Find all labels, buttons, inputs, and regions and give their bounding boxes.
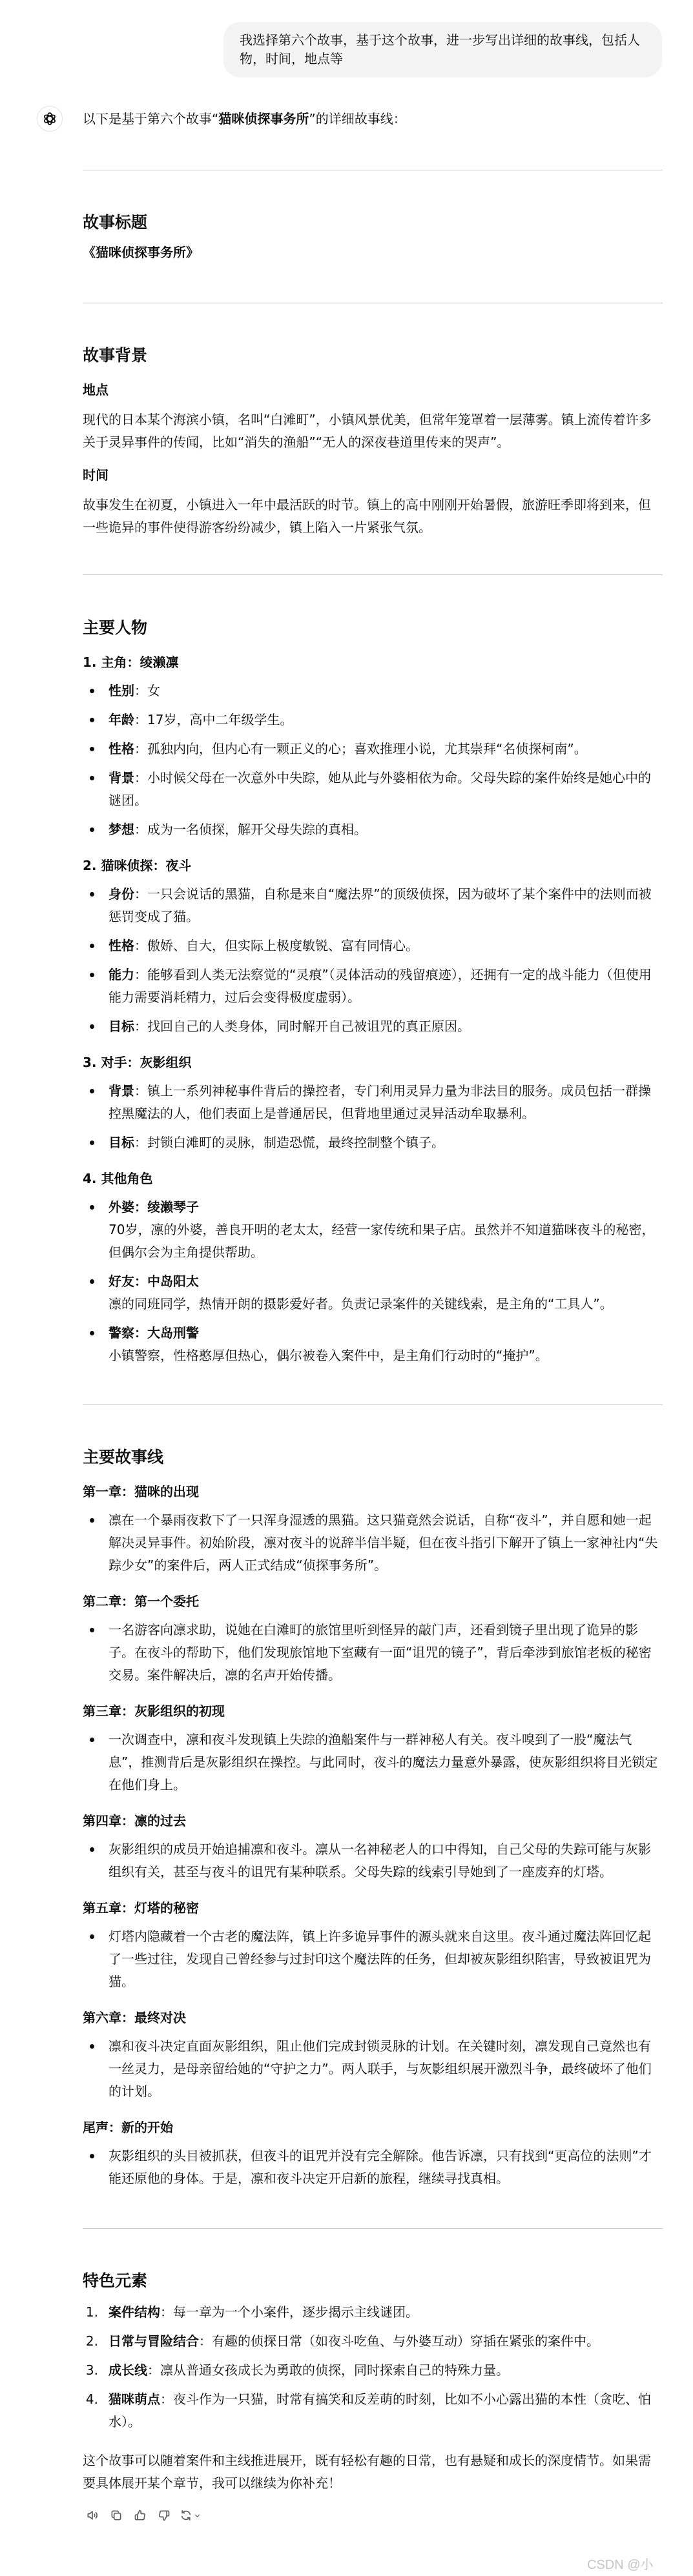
- list-item: 身份：一只会说话的黑猫，自称是来自“魔法界”的顶级侦探，因为破坏了某个案件中的法…: [109, 883, 663, 928]
- intro-suffix: ”的详细故事线：: [309, 111, 406, 127]
- attribute-label: 年龄: [109, 712, 134, 727]
- attribute-label: 性格: [109, 938, 134, 953]
- feature-label: 成长线: [109, 2362, 147, 2378]
- person-description: 凛的同班同学，热情开朗的摄影爱好者。负责记录案件的关键线索，是主角的“工具人”。: [109, 1296, 613, 1312]
- person-description: 小镇警察，性格憨厚但热心，偶尔被卷入案件中，是主角们行动时的“掩护”。: [109, 1348, 548, 1363]
- attribute-label: 梦想: [109, 822, 134, 837]
- section-heading-background: 故事背景: [83, 344, 663, 367]
- feature-text: ：凛从普通女孩成长为勇敢的侦探，同时探索自己的特殊力量。: [147, 2362, 509, 2378]
- chapter-body: 灰影组织的头目被抓获，但夜斗的诅咒并没有完全解除。他告诉凛，只有找到“更高位的法…: [83, 2145, 663, 2190]
- feature-label: 猫咪萌点: [109, 2391, 160, 2407]
- time-label: 时间: [83, 464, 663, 487]
- characters-section: 主要人物 1. 主角：绫濑凛 性别：女 年龄：17岁，高中二年级学生。 性格：孤…: [83, 616, 663, 1367]
- character-rival-title: 3. 对手：灰影组织: [83, 1051, 663, 1074]
- attribute-label: 身份: [109, 886, 134, 902]
- time-text: 故事发生在初夏，小镇进入一年中最活跃的时节。镇上的高中刚刚开始暑假，旅游旺季即将…: [83, 494, 663, 539]
- regenerate-icon: [180, 2509, 192, 2522]
- list-item: 2.日常与冒险结合：有趣的侦探日常（如夜斗吃鱼、与外婆互动）穿插在紧张的案件中。: [109, 2330, 663, 2353]
- person-description: 70岁，凛的外婆，善良开明的老太太，经营一家传统和果子店。虽然并不知道猫咪夜斗的…: [109, 1222, 654, 1260]
- list-item: 性别：女: [109, 680, 663, 702]
- list-item: 警察：大岛刑警小镇警察，性格憨厚但热心，偶尔被卷入案件中，是主角们行动时的“掩护…: [109, 1322, 663, 1367]
- list-item: 4.猫咪萌点：夜斗作为一只猫，时常有搞笑和反差萌的时刻，比如不小心露出猫的本性（…: [109, 2388, 663, 2433]
- title-section: 故事标题 《猫咪侦探事务所》: [83, 211, 663, 265]
- attribute-label: 性格: [109, 741, 134, 756]
- features-list: 1.案件结构：每一章为一个小案件，逐步揭示主线谜团。 2.日常与冒险结合：有趣的…: [83, 2301, 663, 2433]
- chapter-title: 第二章：第一个委托: [83, 1590, 663, 1613]
- list-item: 凛和夜斗决定直面灰影组织，阻止他们完成封锁灵脉的计划。在关键时刻，凛发现自己竟然…: [109, 2035, 663, 2103]
- person-title: 好友：中岛阳太: [109, 1270, 663, 1293]
- list-item: 凛在一个暴雨夜救下了一只浑身湿透的黑猫。这只猫竟然会说话，自称“夜斗”，并自愿和…: [109, 1509, 663, 1577]
- chapter-title: 第五章：灯塔的秘密: [83, 1897, 663, 1920]
- story-title-text: 《猫咪侦探事务所》: [83, 245, 199, 260]
- attribute-text: ：找回自己的人类身体，同时解开自己被诅咒的真正原因。: [134, 1019, 470, 1034]
- list-item: 梦想：成为一名侦探，解开父母失踪的真相。: [109, 818, 663, 841]
- thumbs-down-icon: [158, 2509, 171, 2522]
- cat-detective-attributes: 身份：一只会说话的黑猫，自称是来自“魔法界”的顶级侦探，因为破坏了某个案件中的法…: [83, 883, 663, 1038]
- list-item: 灰影组织的头目被抓获，但夜斗的诅咒并没有完全解除。他告诉凛，只有找到“更高位的法…: [109, 2145, 663, 2190]
- section-heading-storyline: 主要故事线: [83, 1446, 663, 1468]
- message-actions: [80, 2506, 205, 2524]
- intro-story-name: 猫咪侦探事务所: [218, 111, 309, 127]
- list-item: 灯塔内隐藏着一个古老的魔法阵，镇上许多诡异事件的源头就来自这里。夜斗通过魔法阵回…: [109, 1925, 663, 1993]
- good-response-button[interactable]: [128, 2506, 152, 2524]
- user-message-bubble: 我选择第六个故事，基于这个故事，进一步写出详细的故事线，包括人物，时间，地点等: [223, 22, 662, 77]
- feature-text: ：夜斗作为一只猫，时常有搞笑和反差萌的时刻，比如不小心露出猫的本性（贪吃、怕水）…: [109, 2391, 651, 2429]
- list-item: 外婆：绫濑琴子70岁，凛的外婆，善良开明的老太太，经营一家传统和果子店。虽然并不…: [109, 1196, 663, 1264]
- list-item: 一名游客向凛求助，说她在白滩町的旅馆里听到怪异的敲门声，还看到镜子里出现了诡异的…: [109, 1619, 663, 1687]
- place-text: 现代的日本某个海滨小镇，名叫“白滩町”，小镇风景优美，但常年笼罩着一层薄雾。镇上…: [83, 409, 663, 454]
- chapter-body: 凛在一个暴雨夜救下了一只浑身湿透的黑猫。这只猫竟然会说话，自称“夜斗”，并自愿和…: [83, 1509, 663, 1577]
- list-item: 性格：孤独内向，但内心有一颗正义的心；喜欢推理小说，尤其崇拜“名侦探柯南”。: [109, 738, 663, 760]
- background-section: 故事背景 地点 现代的日本某个海滨小镇，名叫“白滩町”，小镇风景优美，但常年笼罩…: [83, 344, 663, 540]
- intro-prefix: 以下是基于第六个故事“: [83, 111, 218, 127]
- protagonist-attributes: 性别：女 年龄：17岁，高中二年级学生。 性格：孤独内向，但内心有一颗正义的心；…: [83, 680, 663, 841]
- divider: [83, 170, 663, 170]
- chapter-body: 灰影组织的成员开始追捕凛和夜斗。凛从一名神秘老人的口中得知，自己父母的失踪可能与…: [83, 1838, 663, 1883]
- attribute-text: ：17岁，高中二年级学生。: [134, 712, 293, 727]
- section-heading-characters: 主要人物: [83, 616, 663, 639]
- rival-attributes: 背景：镇上一系列神秘事件背后的操控者，专门利用灵异力量为非法目的服务。成员包括一…: [83, 1080, 663, 1154]
- attribute-label: 目标: [109, 1019, 134, 1034]
- list-item: 年龄：17岁，高中二年级学生。: [109, 709, 663, 731]
- list-item: 1.案件结构：每一章为一个小案件，逐步揭示主线谜团。: [109, 2301, 663, 2324]
- thumbs-up-icon: [134, 2509, 147, 2522]
- chapter-body: 一次调查中，凛和夜斗发现镇上失踪的渔船案件与一群神秘人有关。夜斗嗅到了一股“魔法…: [83, 1729, 663, 1796]
- read-aloud-button[interactable]: [80, 2506, 104, 2524]
- attribute-label: 目标: [109, 1135, 134, 1150]
- divider: [83, 1405, 663, 1405]
- chapter-title: 第六章：最终对决: [83, 2007, 663, 2029]
- feature-label: 案件结构: [109, 2304, 160, 2320]
- person-title: 警察：大岛刑警: [109, 1322, 663, 1344]
- assistant-intro: 以下是基于第六个故事“猫咪侦探事务所”的详细故事线：: [83, 108, 663, 130]
- character-protagonist-title: 1. 主角：绫濑凛: [83, 651, 663, 674]
- section-heading-title: 故事标题: [83, 211, 663, 234]
- attribute-label: 背景: [109, 1083, 134, 1099]
- feature-label: 日常与冒险结合: [109, 2333, 199, 2349]
- features-section: 特色元素 1.案件结构：每一章为一个小案件，逐步揭示主线谜团。 2.日常与冒险结…: [83, 2269, 663, 2495]
- list-item: 能力：能够看到人类无法察觉的“灵痕”（灵体活动的残留痕迹），还拥有一定的战斗能力…: [109, 964, 663, 1009]
- list-item: 一次调查中，凛和夜斗发现镇上失踪的渔船案件与一群神秘人有关。夜斗嗅到了一股“魔法…: [109, 1729, 663, 1796]
- place-label: 地点: [83, 379, 663, 401]
- attribute-text: ：封锁白滩町的灵脉，制造恐慌，最终控制整个镇子。: [134, 1135, 444, 1150]
- section-heading-features: 特色元素: [83, 2269, 663, 2292]
- chapter-body: 凛和夜斗决定直面灰影组织，阻止他们完成封锁灵脉的计划。在关键时刻，凛发现自己竟然…: [83, 2035, 663, 2103]
- chapter-body: 一名游客向凛求助，说她在白滩町的旅馆里听到怪异的敲门声，还看到镜子里出现了诡异的…: [83, 1619, 663, 1687]
- chevron-down-icon: [194, 2512, 201, 2519]
- closing-paragraph: 这个故事可以随着案件和主线推进展开，既有轻松有趣的日常，也有悬疑和成长的深度情节…: [83, 2449, 663, 2495]
- chapter-title: 第三章：灰影组织的初现: [83, 1700, 663, 1723]
- list-item: 性格：傲娇、自大，但实际上极度敏锐、富有同情心。: [109, 935, 663, 957]
- list-item: 3.成长线：凛从普通女孩成长为勇敢的侦探，同时探索自己的特殊力量。: [109, 2359, 663, 2382]
- list-item: 好友：中岛阳太凛的同班同学，热情开朗的摄影爱好者。负责记录案件的关键线索，是主角…: [109, 1270, 663, 1315]
- attribute-label: 性别: [109, 683, 134, 698]
- list-item: 目标：封锁白滩町的灵脉，制造恐慌，最终控制整个镇子。: [109, 1131, 663, 1154]
- story-title: 《猫咪侦探事务所》: [83, 241, 663, 264]
- chapter-title: 尾声：新的开始: [83, 2116, 663, 2139]
- feature-text: ：每一章为一个小案件，逐步揭示主线谜团。: [160, 2304, 419, 2320]
- divider: [83, 2228, 663, 2229]
- attribute-text: ：女: [134, 683, 160, 698]
- list-item: 目标：找回自己的人类身体，同时解开自己被诅咒的真正原因。: [109, 1015, 663, 1038]
- feature-text: ：有趣的侦探日常（如夜斗吃鱼、与外婆互动）穿插在紧张的案件中。: [199, 2333, 599, 2349]
- bad-response-button[interactable]: [152, 2506, 176, 2524]
- attribute-text: ：成为一名侦探，解开父母失踪的真相。: [134, 822, 367, 837]
- speaker-icon: [86, 2509, 99, 2522]
- assistant-avatar: [37, 106, 63, 132]
- chapter-body: 灯塔内隐藏着一个古老的魔法阵，镇上许多诡异事件的源头就来自这里。夜斗通过魔法阵回…: [83, 1925, 663, 1993]
- person-title: 外婆：绫濑琴子: [109, 1196, 663, 1219]
- copy-button[interactable]: [104, 2506, 128, 2524]
- attribute-label: 背景: [109, 770, 134, 786]
- copy-icon: [110, 2509, 123, 2522]
- list-item: 背景：小时候父母在一次意外中失踪，她从此与外婆相依为命。父母失踪的案件始终是她心…: [109, 767, 663, 812]
- csdn-watermark: CSDN @小: [587, 2557, 654, 2573]
- attribute-text: ：能够看到人类无法察觉的“灵痕”（灵体活动的残留痕迹），还拥有一定的战斗能力（但…: [109, 967, 652, 1005]
- regenerate-button[interactable]: [176, 2506, 205, 2524]
- item-number: 1.: [83, 2301, 98, 2324]
- item-number: 3.: [83, 2359, 98, 2382]
- item-number: 2.: [83, 2330, 98, 2353]
- divider: [83, 574, 663, 575]
- attribute-text: ：一只会说话的黑猫，自称是来自“魔法界”的顶级侦探，因为破坏了某个案件中的法则而…: [109, 886, 652, 924]
- attribute-text: ：小时候父母在一次意外中失踪，她从此与外婆相依为命。父母失踪的案件始终是她心中的…: [109, 770, 651, 808]
- attribute-text: ：傲娇、自大，但实际上极度敏锐、富有同情心。: [134, 938, 419, 953]
- user-message-text: 我选择第六个故事，基于这个故事，进一步写出详细的故事线，包括人物，时间，地点等: [240, 32, 640, 66]
- attribute-label: 能力: [109, 967, 134, 982]
- list-item: 背景：镇上一系列神秘事件背后的操控者，专门利用灵异力量为非法目的服务。成员包括一…: [109, 1080, 663, 1125]
- other-characters: 外婆：绫濑琴子70岁，凛的外婆，善良开明的老太太，经营一家传统和果子店。虽然并不…: [83, 1196, 663, 1367]
- openai-logo-icon: [42, 111, 57, 127]
- storyline-section: 主要故事线 第一章：猫咪的出现 凛在一个暴雨夜救下了一只浑身湿透的黑猫。这只猫竟…: [83, 1446, 663, 2190]
- attribute-text: ：孤独内向，但内心有一颗正义的心；喜欢推理小说，尤其崇拜“名侦探柯南”。: [134, 741, 587, 756]
- list-item: 灰影组织的成员开始追捕凛和夜斗。凛从一名神秘老人的口中得知，自己父母的失踪可能与…: [109, 1838, 663, 1883]
- character-others-title: 4. 其他角色: [83, 1168, 663, 1190]
- attribute-text: ：镇上一系列神秘事件背后的操控者，专门利用灵异力量为非法目的服务。成员包括一群操…: [109, 1083, 651, 1121]
- chapter-title: 第一章：猫咪的出现: [83, 1481, 663, 1503]
- divider: [83, 303, 663, 303]
- character-cat-detective-title: 2. 猫咪侦探：夜斗: [83, 855, 663, 877]
- item-number: 4.: [83, 2388, 98, 2411]
- chapter-title: 第四章：凛的过去: [83, 1810, 663, 1832]
